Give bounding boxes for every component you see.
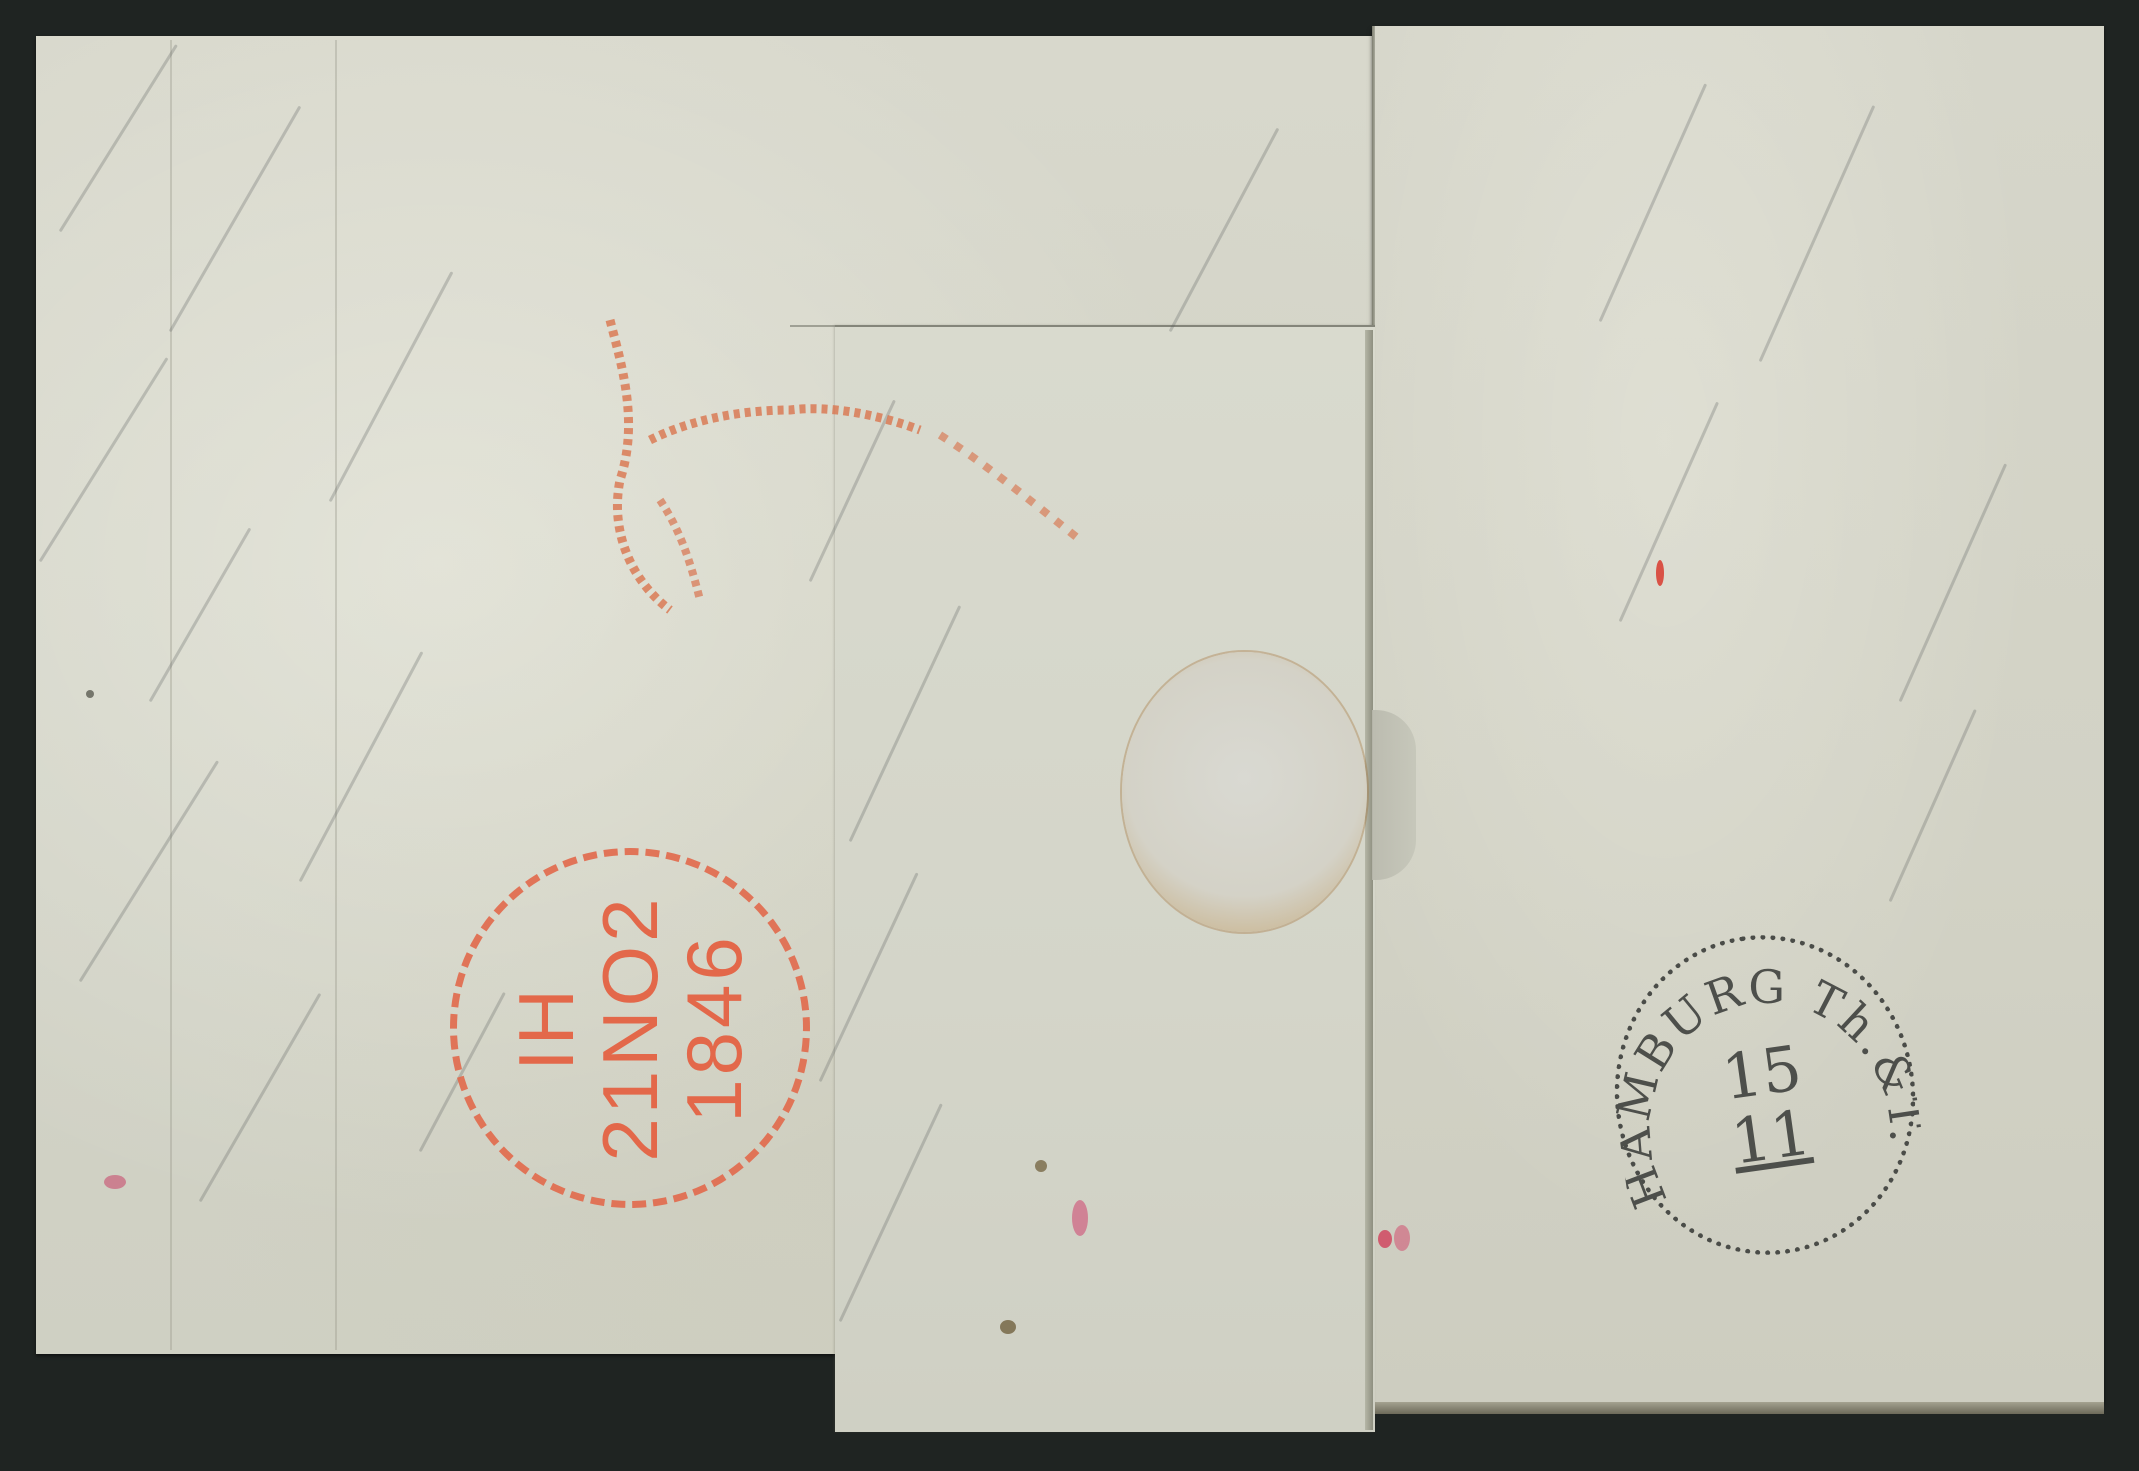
ink-spot (104, 1175, 126, 1189)
flap-edge (1365, 330, 1373, 1430)
ink-spot (1378, 1230, 1392, 1248)
scan-background: IH 21NO2 1846 HAMBURG Th.&T. 15 11 (0, 0, 2139, 1471)
ink-spot (1072, 1200, 1088, 1236)
seal-paper-tab (1372, 710, 1416, 880)
fold-line (335, 40, 337, 1350)
sheet-bottom-edge (1372, 1402, 2104, 1414)
datestamp-line-2: 21NO2 (591, 894, 669, 1161)
red-datestamp: IH 21NO2 1846 (450, 848, 810, 1208)
wax-seal-remnant (1122, 652, 1367, 932)
ink-spot (1035, 1160, 1047, 1172)
datestamp-line-1: IH (507, 985, 585, 1071)
red-crayon-mark (580, 300, 1100, 630)
ink-spot (86, 690, 94, 698)
ink-spot (1394, 1225, 1410, 1251)
hamburg-backstamp: HAMBURG Th.&T. 15 11 (1594, 916, 1936, 1275)
ink-spot (1656, 560, 1664, 586)
ink-spot (1000, 1320, 1016, 1334)
fold-line (170, 40, 172, 1350)
datestamp-line-3: 1846 (675, 933, 753, 1123)
